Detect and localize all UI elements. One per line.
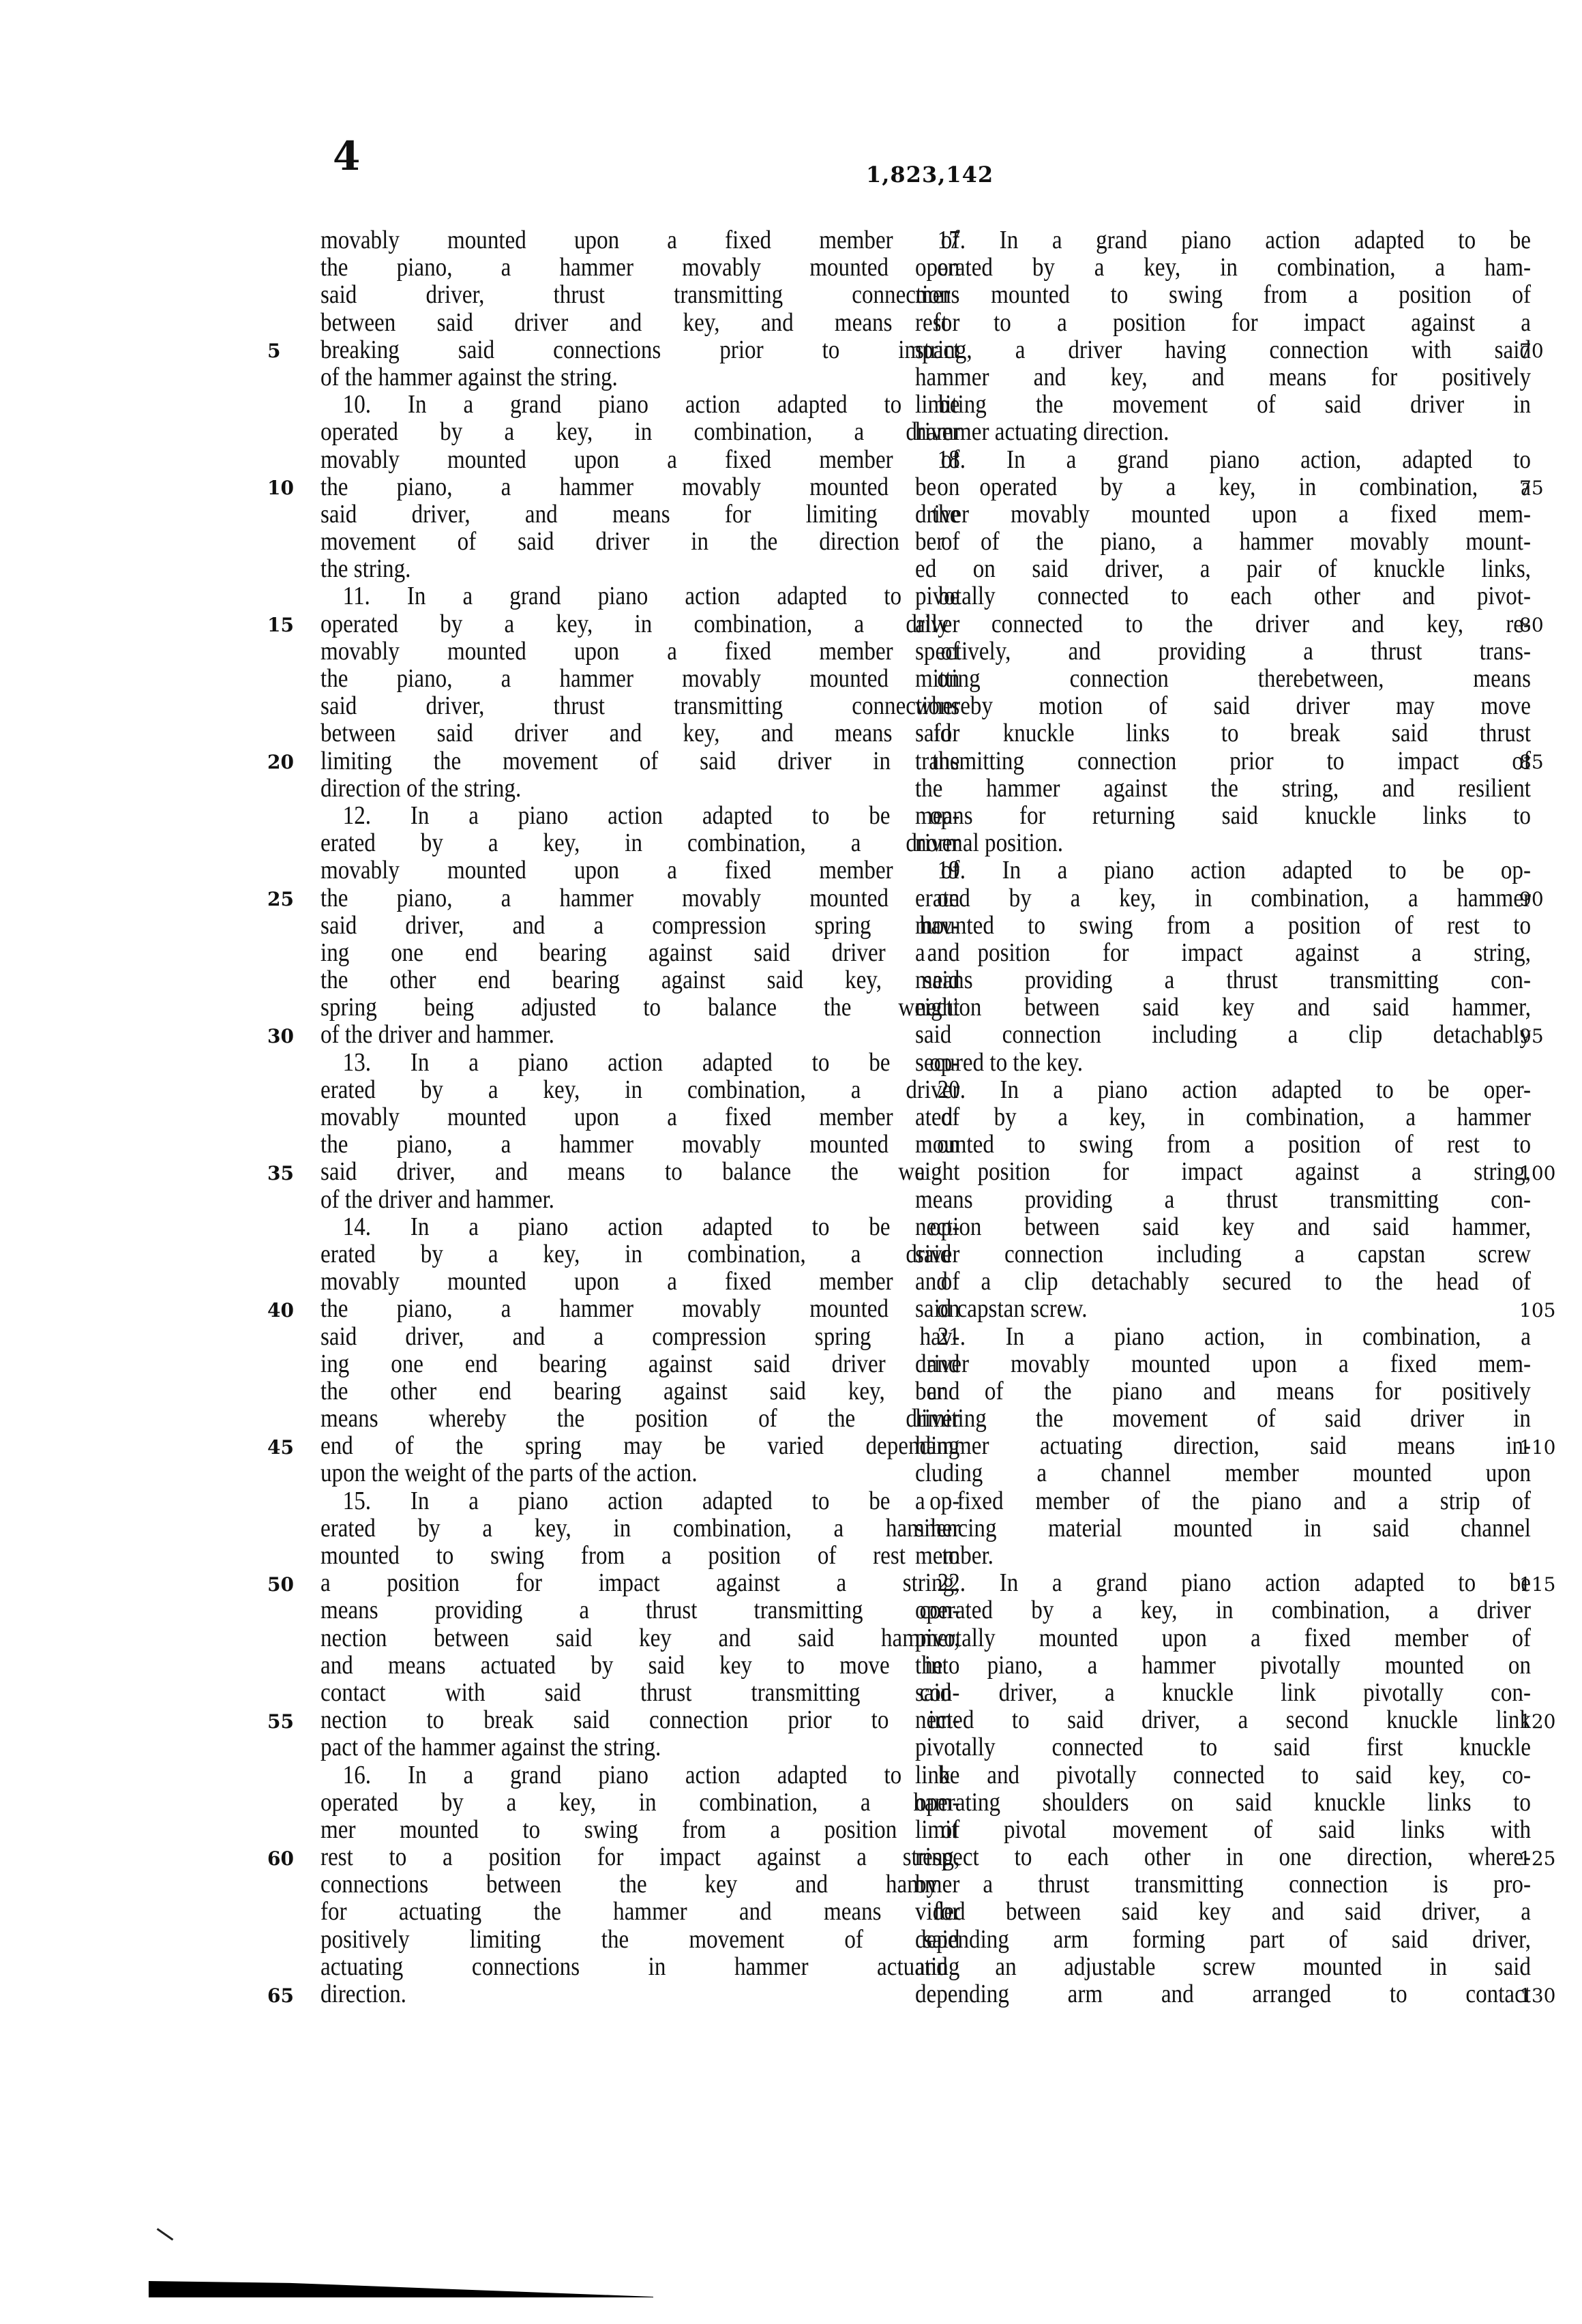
text-line: mounted to swing from a position of rest… — [915, 912, 1531, 939]
margin-line-number: 15 — [267, 616, 294, 635]
scan-speck — [157, 2228, 174, 2241]
text-line: means whereby the position of the driver — [320, 1405, 959, 1432]
margin-line-number: 75 — [1519, 479, 1544, 498]
margin-line-number: 60 — [267, 1849, 294, 1868]
text-line: between said driver and key, and means f… — [320, 719, 959, 747]
text-line: mer mounted to swing from a position of — [915, 281, 1531, 308]
text-line: nection between said key and said hammer… — [915, 994, 1531, 1021]
text-line: hammer actuating direction. — [915, 418, 1531, 445]
margin-line-number: 50 — [267, 1575, 294, 1594]
text-line: movably mounted upon a fixed member of — [320, 1103, 959, 1131]
text-line: ber of the piano, a hammer movably mount… — [915, 528, 1531, 555]
margin-line-number: 110 — [1519, 1438, 1555, 1457]
text-line: secured to the key. — [915, 1049, 1531, 1076]
text-line: of the hammer against the string. — [320, 363, 959, 391]
text-line: connections between the key and hammer — [320, 1871, 959, 1898]
text-line: and means actuated by said key to move i… — [320, 1652, 959, 1679]
text-line: pivotally connected to said first knuckl… — [915, 1733, 1531, 1761]
margin-line-number: 105 — [1519, 1301, 1555, 1320]
text-line: 21. In a piano action, in combination, a — [915, 1323, 1531, 1350]
text-line: the hammer against the string, and resil… — [915, 775, 1531, 802]
text-line: of the driver and hammer. — [320, 1021, 959, 1048]
text-line: mer mounted to swing from a position of — [320, 1816, 959, 1843]
text-line: 14. In a piano action adapted to be op- — [320, 1213, 959, 1240]
text-line: 12. In a piano action adapted to be op- — [320, 802, 959, 829]
text-line: said driver, and a compression spring ha… — [320, 912, 959, 939]
text-line: movement of said driver in the direction… — [320, 528, 959, 555]
text-line: vided between said key and said driver, … — [915, 1898, 1531, 1925]
text-line: said driver, and means for limiting the — [320, 501, 959, 528]
text-line: nection between said key and said hammer… — [320, 1624, 959, 1652]
text-line: whereby motion of said driver may move — [915, 692, 1531, 719]
patent-number: 1,823,142 — [866, 164, 994, 185]
text-line: pivotally mounted upon a fixed member of — [915, 1624, 1531, 1652]
text-line: the piano, a hammer movably mounted on — [320, 884, 959, 912]
text-line: ber of the piano and means for positivel… — [915, 1377, 1531, 1405]
text-line: direction. — [320, 1980, 959, 2008]
text-line: said driver, a knuckle link pivotally co… — [915, 1679, 1531, 1706]
text-line: mounted to swing from a position of rest… — [915, 1131, 1531, 1158]
margin-line-number: 40 — [267, 1301, 294, 1320]
text-line: 11. In a grand piano action adapted to b… — [320, 582, 959, 610]
text-line: hammer and key, and means for positively — [915, 363, 1531, 391]
text-line: 16. In a grand piano action adapted to b… — [320, 1761, 959, 1789]
text-line: rest to a position for impact against a — [915, 309, 1531, 336]
text-line: 13. In a piano action adapted to be op- — [320, 1049, 959, 1076]
margin-line-number: 70 — [1519, 342, 1544, 361]
text-line: the piano, a hammer movably mounted on — [320, 1295, 959, 1322]
text-line: limiting the movement of said driver in … — [320, 747, 959, 775]
text-line: respect to each other in one direction, … — [915, 1843, 1531, 1871]
text-line: ally connected to the driver and key, re… — [915, 610, 1531, 638]
text-line: mounted to swing from a position of rest… — [320, 1542, 959, 1569]
text-line: nection between said key and said hammer… — [915, 1213, 1531, 1240]
text-line: a position for impact against a string, — [320, 1569, 959, 1596]
text-line: driver movably mounted upon a fixed mem- — [915, 1350, 1531, 1377]
text-line: spring being adjusted to balance the wei… — [320, 994, 959, 1021]
margin-line-number: 85 — [1519, 753, 1544, 772]
text-line: driver movably mounted upon a fixed mem- — [915, 501, 1531, 528]
text-line: pact of the hammer against the string. — [320, 1733, 959, 1761]
right-text-column: 17. In a grand piano action adapted to b… — [915, 226, 1531, 2008]
text-line: means providing a thrust transmitting co… — [320, 1596, 959, 1624]
text-line: hammer actuating direction, said means i… — [915, 1432, 1531, 1459]
text-line: link and pivotally connected to said key… — [915, 1761, 1531, 1789]
text-line: said driver, and a compression spring ha… — [320, 1323, 959, 1350]
margin-line-number: 125 — [1519, 1849, 1555, 1868]
margin-line-number: 25 — [267, 890, 294, 909]
text-line: erated by a key, in combination, a hamme… — [915, 884, 1531, 912]
text-line: 22. In a grand piano action adapted to b… — [915, 1569, 1531, 1596]
text-line: limiting the movement of said driver in — [915, 391, 1531, 418]
text-line: contact with said thrust transmitting co… — [320, 1679, 959, 1706]
margin-line-number: 10 — [267, 479, 294, 498]
text-line: erated by a key, in combination, a hamme… — [320, 1515, 959, 1542]
margin-line-number: 115 — [1519, 1575, 1555, 1594]
text-line: said capstan screw. — [915, 1295, 1531, 1322]
text-line: the piano, a hammer movably mounted on — [320, 254, 959, 281]
text-line: depending arm forming part of said drive… — [915, 1926, 1531, 1953]
text-line: erated by a key, in combination, a drive… — [320, 829, 959, 856]
text-line: pivotally connected to each other and pi… — [915, 582, 1531, 610]
text-line: string, a driver having connection with … — [915, 336, 1531, 363]
text-line: spectively, and providing a thrust trans… — [915, 638, 1531, 665]
text-line: normal position. — [915, 829, 1531, 856]
text-line: operated by a key, in combination, a dri… — [320, 610, 959, 638]
text-line: end of the spring may be varied dependin… — [320, 1432, 959, 1459]
text-line: movably mounted upon a fixed member of — [320, 446, 959, 473]
text-line: 17. In a grand piano action adapted to b… — [915, 226, 1531, 254]
text-line: rest to a position for impact against a … — [320, 1843, 959, 1871]
text-line: nection to break said connection prior t… — [320, 1706, 959, 1733]
margin-line-number: 95 — [1519, 1027, 1544, 1046]
text-line: 19. In a piano action adapted to be op- — [915, 856, 1531, 884]
margin-line-number: 130 — [1519, 1986, 1555, 2006]
text-line: a fixed member of the piano and a strip … — [915, 1487, 1531, 1515]
text-line: 10. In a grand piano action adapted to b… — [320, 391, 959, 418]
text-line: the other end bearing against said key, … — [320, 966, 959, 994]
text-line: cluding a channel member mounted upon — [915, 1459, 1531, 1487]
margin-line-number: 35 — [267, 1164, 294, 1183]
text-line: breaking said connections prior to impac… — [320, 336, 959, 363]
text-line: mitting connection therebetween, means — [915, 665, 1531, 692]
text-line: said knuckle links to break said thrust — [915, 719, 1531, 747]
text-line: between said driver and key, and means f… — [320, 309, 959, 336]
text-line: for actuating the hammer and means for — [320, 1898, 959, 1925]
text-line: movably mounted upon a fixed member of — [320, 1268, 959, 1295]
text-line: direction of the string. — [320, 775, 959, 802]
text-line: the piano, a hammer movably mounted on — [320, 1131, 959, 1158]
margin-line-number: 5 — [267, 342, 280, 361]
text-line: actuating connections in hammer actuatin… — [320, 1953, 959, 1980]
text-line: said driver, and means to balance the we… — [320, 1158, 959, 1185]
text-line: movably mounted upon a fixed member of — [320, 226, 959, 254]
text-line: said driver, thrust transmitting connect… — [320, 281, 959, 308]
text-line: positively limiting the movement of said — [320, 1926, 959, 1953]
text-line: and an adjustable screw mounted in said — [915, 1953, 1531, 1980]
margin-line-number: 30 — [267, 1027, 294, 1046]
text-line: ing one end bearing against said driver … — [320, 939, 959, 966]
margin-line-number: 45 — [267, 1438, 294, 1457]
scan-edge-bar — [149, 2281, 653, 2297]
text-line: of the driver and hammer. — [320, 1186, 959, 1213]
text-line: movably mounted upon a fixed member of — [320, 856, 959, 884]
text-line: said driver, thrust transmitting connect… — [320, 692, 959, 719]
text-line: the piano, a hammer movably mounted on — [320, 665, 959, 692]
text-line: be operated by a key, in combination, a — [915, 473, 1531, 501]
text-line: by a thrust transmitting connection is p… — [915, 1871, 1531, 1898]
text-line: said connection including a clip detacha… — [915, 1021, 1531, 1048]
text-line: and a clip detachably secured to the hea… — [915, 1268, 1531, 1295]
text-line: transmitting connection prior to impact … — [915, 747, 1531, 775]
text-line: said connection including a capstan scre… — [915, 1240, 1531, 1268]
text-line: limiting the movement of said driver in — [915, 1405, 1531, 1432]
text-line: means for returning said knuckle links t… — [915, 802, 1531, 829]
margin-line-number: 55 — [267, 1712, 294, 1731]
margin-line-number: 20 — [267, 753, 294, 772]
margin-line-number: 100 — [1519, 1164, 1555, 1183]
text-line: erated by a key, in combination, a drive… — [320, 1076, 959, 1103]
text-line: member. — [915, 1542, 1531, 1569]
margin-line-number: 90 — [1519, 890, 1544, 909]
text-line: the piano, a hammer pivotally mounted on — [915, 1652, 1531, 1679]
text-line: operated by a key, in combination, a dri… — [320, 418, 959, 445]
text-line: movably mounted upon a fixed member of — [320, 638, 959, 665]
text-line: 18. In a grand piano action, adapted to — [915, 446, 1531, 473]
margin-line-number: 80 — [1519, 616, 1544, 635]
text-line: ed on said driver, a pair of knuckle lin… — [915, 555, 1531, 582]
text-line: silencing material mounted in said chann… — [915, 1515, 1531, 1542]
text-line: depending arm and arranged to contact — [915, 1980, 1531, 2008]
text-line: erated by a key, in combination, a drive… — [320, 1240, 959, 1268]
page-number: 4 — [333, 136, 360, 176]
text-line: operated by a key, in combination, a ham… — [320, 1789, 959, 1816]
text-line: the string. — [320, 555, 959, 582]
text-line: the piano, a hammer movably mounted on — [320, 473, 959, 501]
text-line: limit pivotal movement of said links wit… — [915, 1816, 1531, 1843]
text-line: upon the weight of the parts of the acti… — [320, 1459, 959, 1487]
text-line: nected to said driver, a second knuckle … — [915, 1706, 1531, 1733]
text-line: 20. In a piano action adapted to be oper… — [915, 1076, 1531, 1103]
text-line: ing one end bearing against said driver … — [320, 1350, 959, 1377]
text-line: means providing a thrust transmitting co… — [915, 1186, 1531, 1213]
margin-line-number: 65 — [267, 1986, 294, 2006]
text-line: operated by a key, in combination, a dri… — [915, 1596, 1531, 1624]
left-text-column: movably mounted upon a fixed member ofth… — [320, 226, 959, 2008]
text-line: 15. In a piano action adapted to be op- — [320, 1487, 959, 1515]
text-line: a position for impact against a string, — [915, 939, 1531, 966]
text-line: operating shoulders on said knuckle link… — [915, 1789, 1531, 1816]
text-line: means providing a thrust transmitting co… — [915, 966, 1531, 994]
text-line: ated by a key, in combination, a hammer — [915, 1103, 1531, 1131]
text-line: operated by a key, in combination, a ham… — [915, 254, 1531, 281]
text-line: a position for impact against a string, — [915, 1158, 1531, 1185]
margin-line-number: 120 — [1519, 1712, 1555, 1731]
text-line: the other end bearing against said key, … — [320, 1377, 959, 1405]
